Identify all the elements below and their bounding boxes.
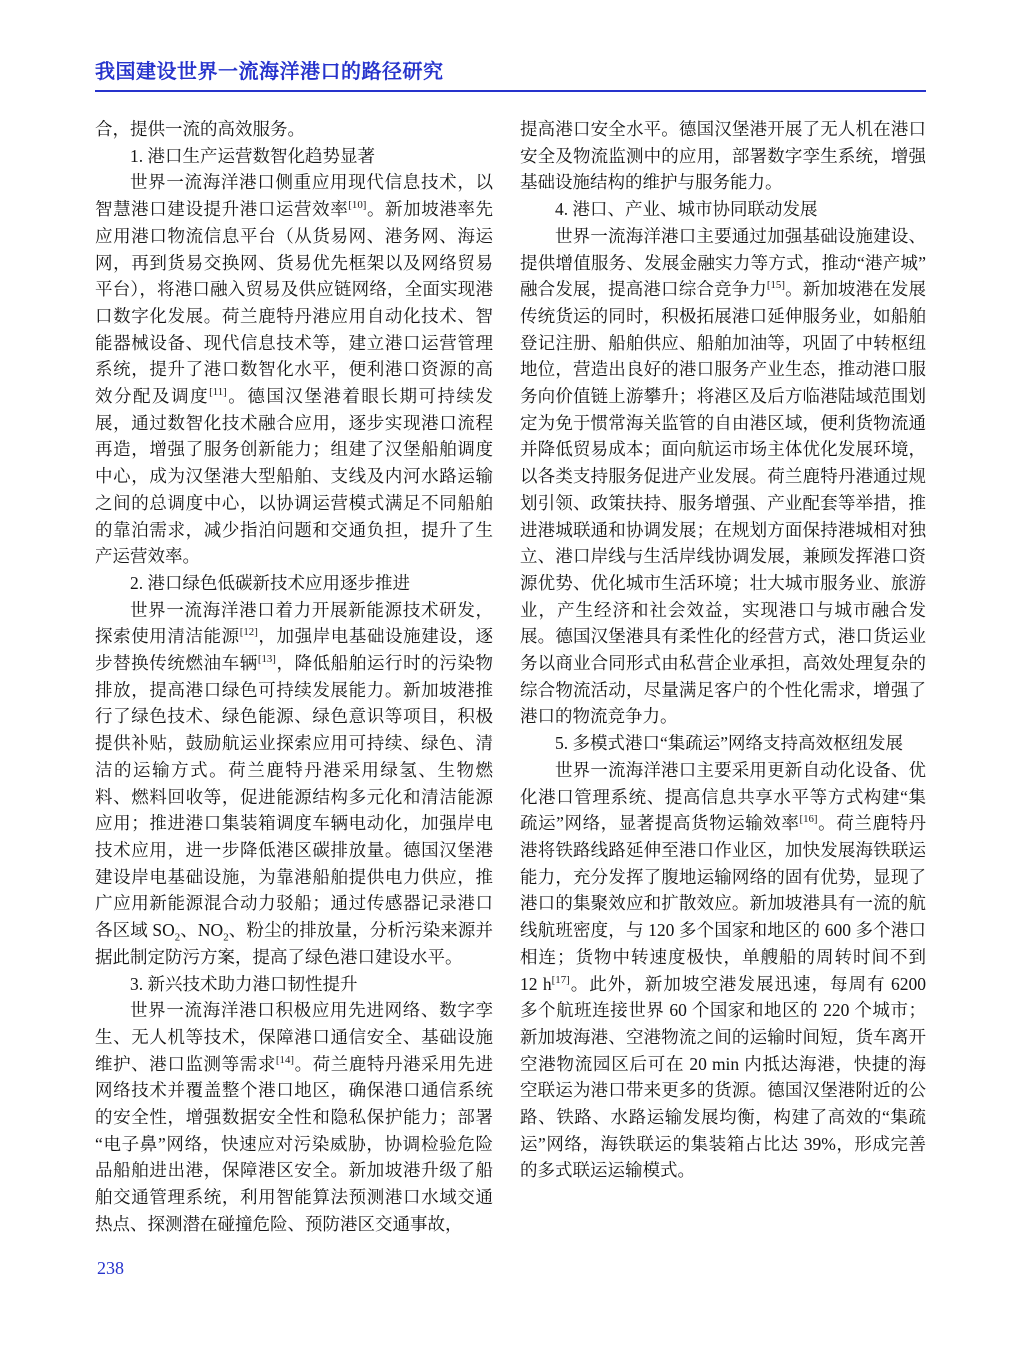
body-paragraph: 世界一流海洋港口主要采用更新自动化设备、优化港口管理系统、提高信息共享水平等方式…: [520, 757, 926, 1184]
body-paragraph: 世界一流海洋港口积极应用先进网络、数字孪生、无人机等技术，保障港口通信安全、基础…: [95, 997, 493, 1237]
citation-reference: [11]: [209, 386, 227, 398]
body-paragraph: 世界一流海洋港口着力开展新能源技术研发，探索使用清洁能源[12]，加强岸电基础设…: [95, 597, 493, 971]
chemical-subscript: 2: [223, 932, 228, 944]
left-column: 合，提供一流的高效服务。1. 港口生产运营数智化趋势显著世界一流海洋港口侧重应用…: [95, 116, 493, 1238]
page-title: 我国建设世界一流海洋港口的路径研究: [95, 60, 926, 84]
right-column: 提高港口安全水平。德国汉堡港开展了无人机在港口安全及物流监测中的应用，部署数字孪…: [520, 116, 926, 1238]
body-paragraph: 合，提供一流的高效服务。: [95, 116, 493, 143]
citation-reference: [10]: [348, 199, 366, 211]
page-number: 238: [97, 1258, 124, 1279]
journal-page: 我国建设世界一流海洋港口的路径研究 合，提供一流的高效服务。1. 港口生产运营数…: [0, 0, 1020, 1351]
chemical-subscript: 2: [175, 932, 180, 944]
body-paragraph: 提高港口安全水平。德国汉堡港开展了无人机在港口安全及物流监测中的应用，部署数字孪…: [520, 116, 926, 196]
citation-reference: [14]: [276, 1054, 294, 1066]
running-header: 我国建设世界一流海洋港口的路径研究: [95, 60, 926, 92]
citation-reference: [16]: [799, 813, 817, 825]
body-paragraph: 世界一流海洋港口主要通过加强基础设施建设、提供增值服务、发展金融实力等方式，推动…: [520, 223, 926, 730]
section-heading: 5. 多模式港口“集疏运”网络支持高效枢纽发展: [520, 730, 926, 757]
citation-reference: [17]: [552, 974, 570, 986]
section-heading: 2. 港口绿色低碳新技术应用逐步推进: [95, 570, 493, 597]
citation-reference: [13]: [258, 653, 276, 665]
citation-reference: [15]: [767, 279, 785, 291]
citation-reference: [12]: [240, 627, 258, 639]
header-rule: [95, 90, 926, 92]
body-paragraph: 世界一流海洋港口侧重应用现代信息技术，以智慧港口建设提升港口运营效率[10]。新…: [95, 169, 493, 570]
section-heading: 3. 新兴技术助力港口韧性提升: [95, 971, 493, 998]
section-heading: 1. 港口生产运营数智化趋势显著: [95, 143, 493, 170]
section-heading: 4. 港口、产业、城市协同联动发展: [520, 196, 926, 223]
article-body: 合，提供一流的高效服务。1. 港口生产运营数智化趋势显著世界一流海洋港口侧重应用…: [95, 116, 926, 1238]
